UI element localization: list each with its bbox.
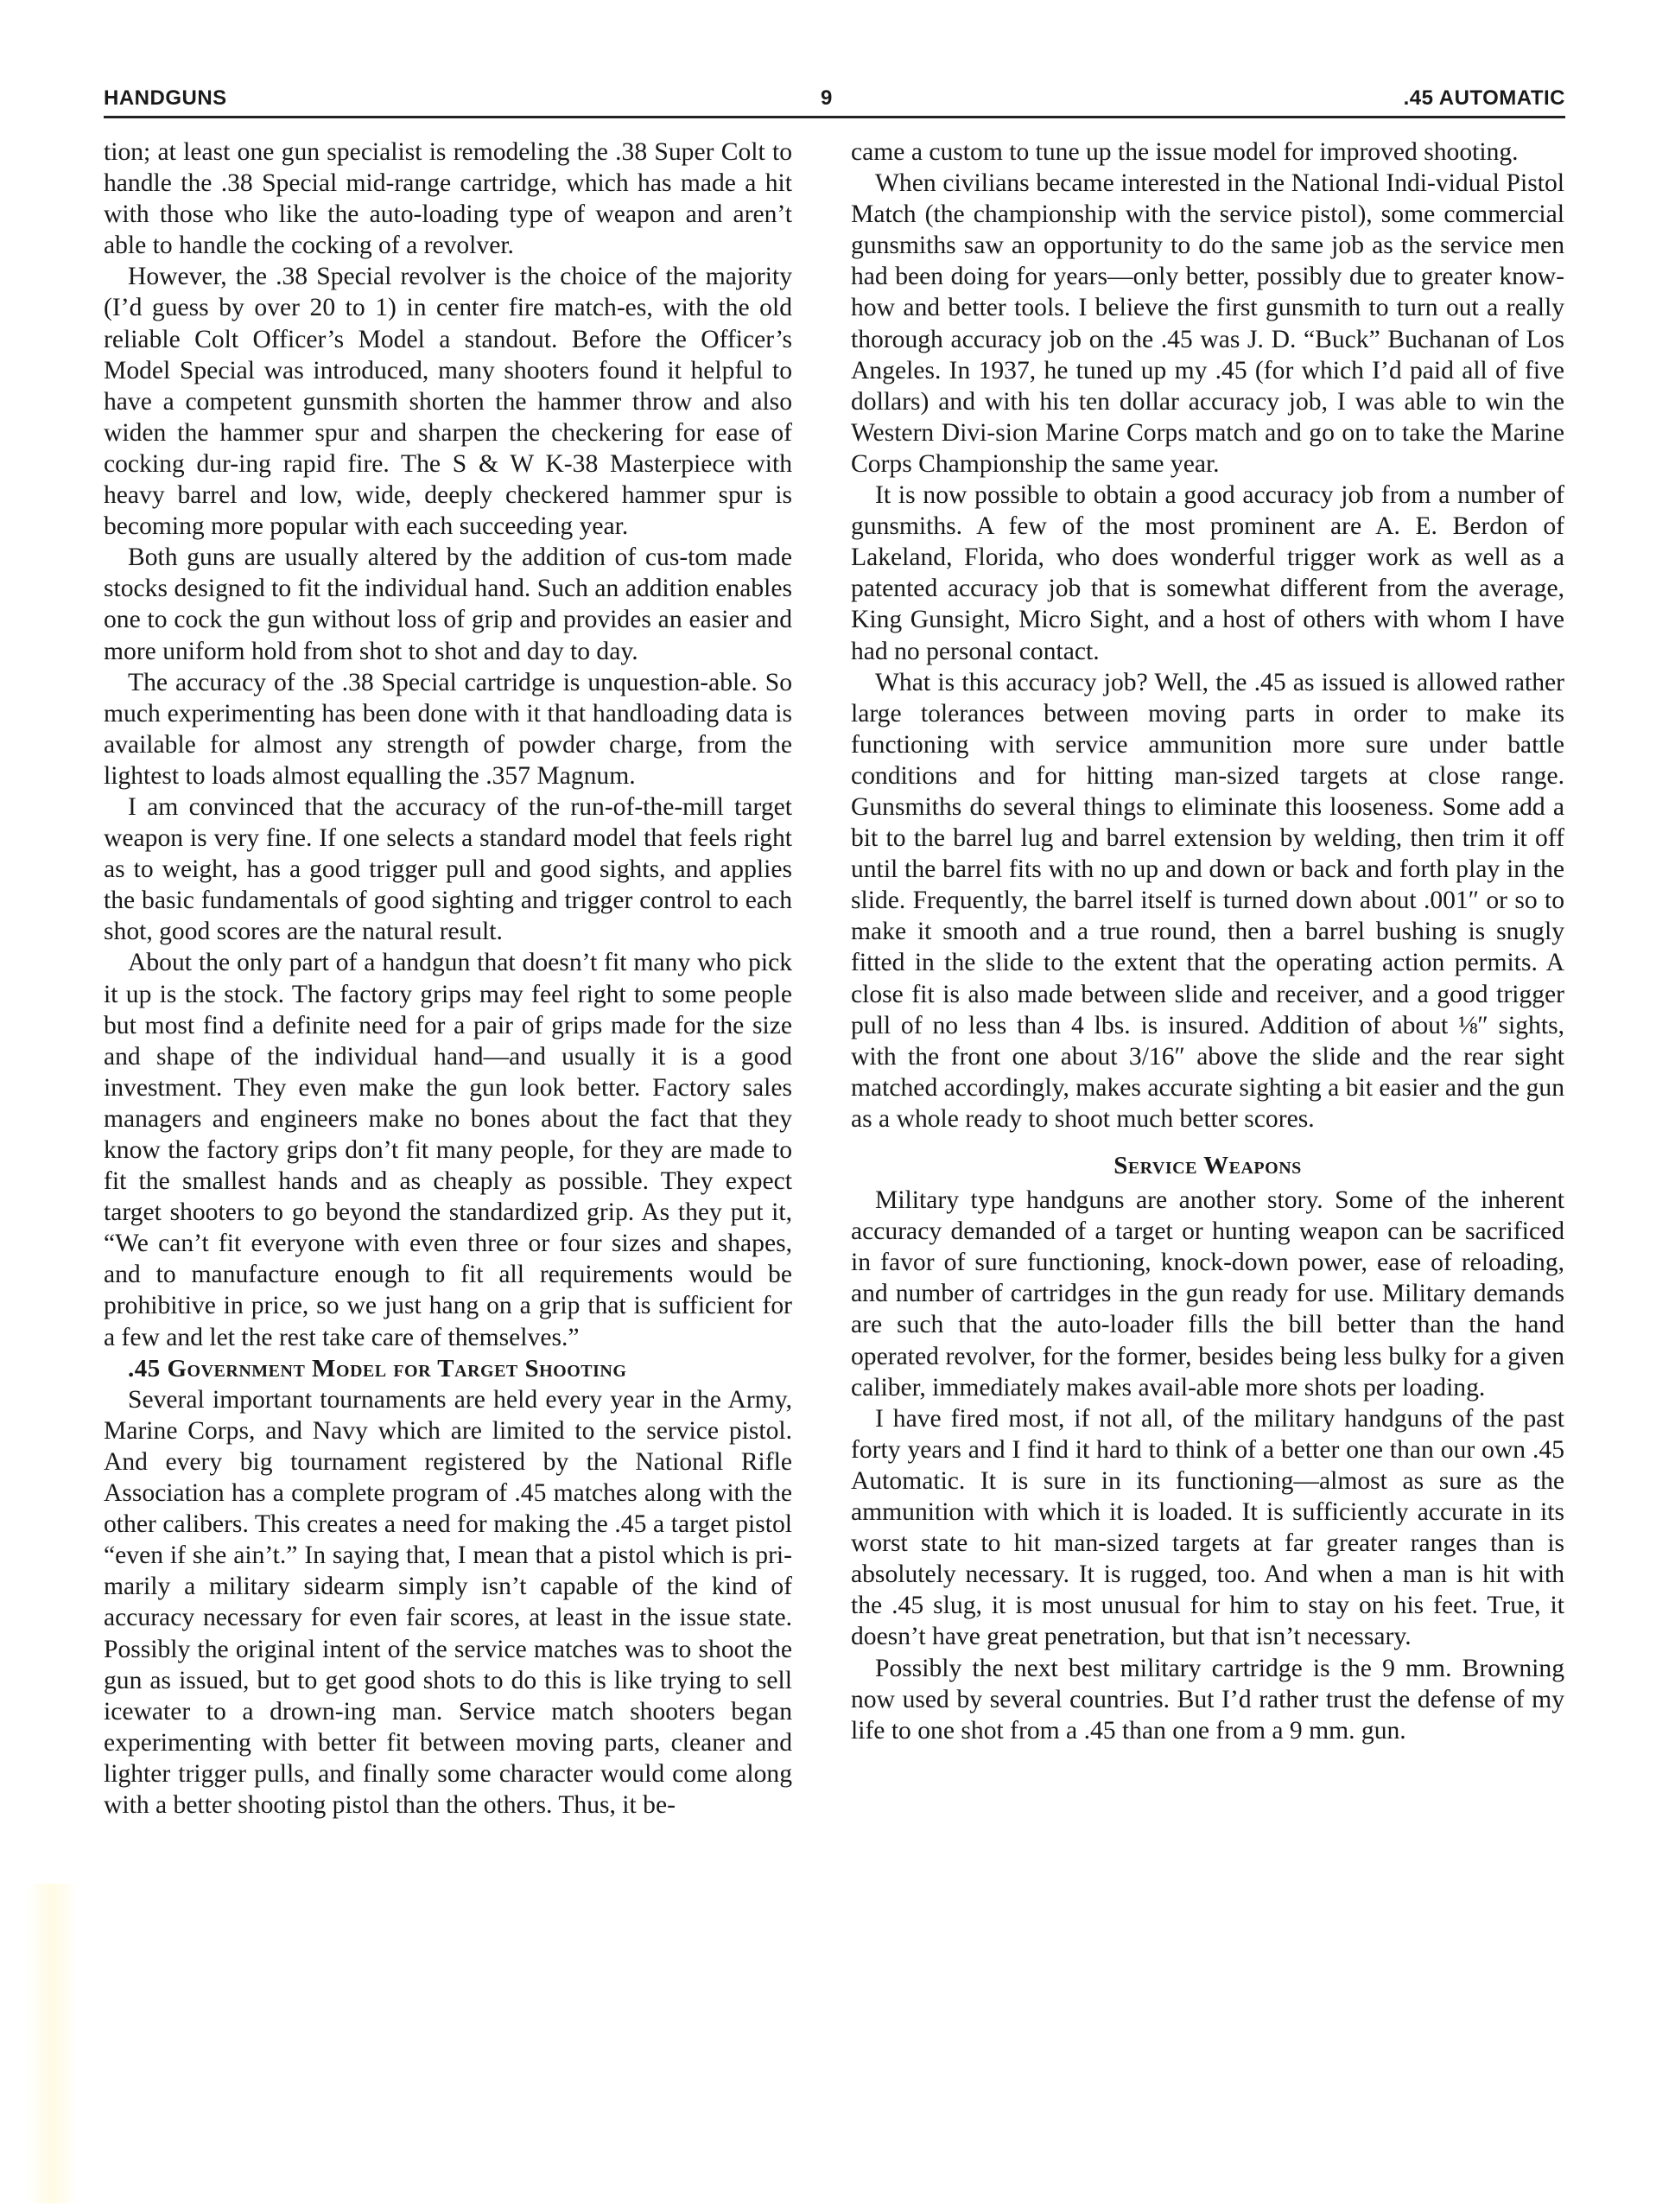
paragraph: I have fired most, if not all, of the mi… <box>851 1403 1564 1653</box>
paragraph: came a custom to tune up the issue model… <box>851 137 1564 168</box>
page-number: 9 <box>821 86 833 111</box>
paragraph: Both guns are usually altered by the add… <box>104 542 792 666</box>
paragraph: What is this accuracy job? Well, the .45… <box>851 667 1564 1135</box>
section-heading: .45 Government Model for Target Shooting <box>104 1353 792 1384</box>
section-heading: Service Weapons <box>851 1150 1564 1181</box>
running-head: HANDGUNS 9 .45 AUTOMATIC <box>104 79 1565 114</box>
running-head-chapter: HANDGUNS <box>104 86 227 111</box>
header-rule <box>104 116 1565 118</box>
paragraph: The accuracy of the .38 Special cartridg… <box>104 667 792 791</box>
paragraph: When civilians became interested in the … <box>851 168 1564 480</box>
paper-tint <box>26 1884 78 2203</box>
left-column: tion; at least one gun specialist is rem… <box>104 137 792 1821</box>
paragraph: tion; at least one gun specialist is rem… <box>104 137 792 261</box>
paragraph: Possibly the next best military cartridg… <box>851 1653 1564 1746</box>
paragraph: Military type handguns are another story… <box>851 1185 1564 1403</box>
right-column: came a custom to tune up the issue model… <box>851 137 1564 1746</box>
paragraph: Several important tournaments are held e… <box>104 1384 792 1821</box>
paragraph: I am convinced that the accuracy of the … <box>104 791 792 947</box>
paragraph: It is now possible to obtain a good accu… <box>851 480 1564 667</box>
running-head-section: .45 AUTOMATIC <box>1404 86 1565 111</box>
paragraph: However, the .38 Special revolver is the… <box>104 261 792 542</box>
paragraph: About the only part of a handgun that do… <box>104 947 792 1352</box>
